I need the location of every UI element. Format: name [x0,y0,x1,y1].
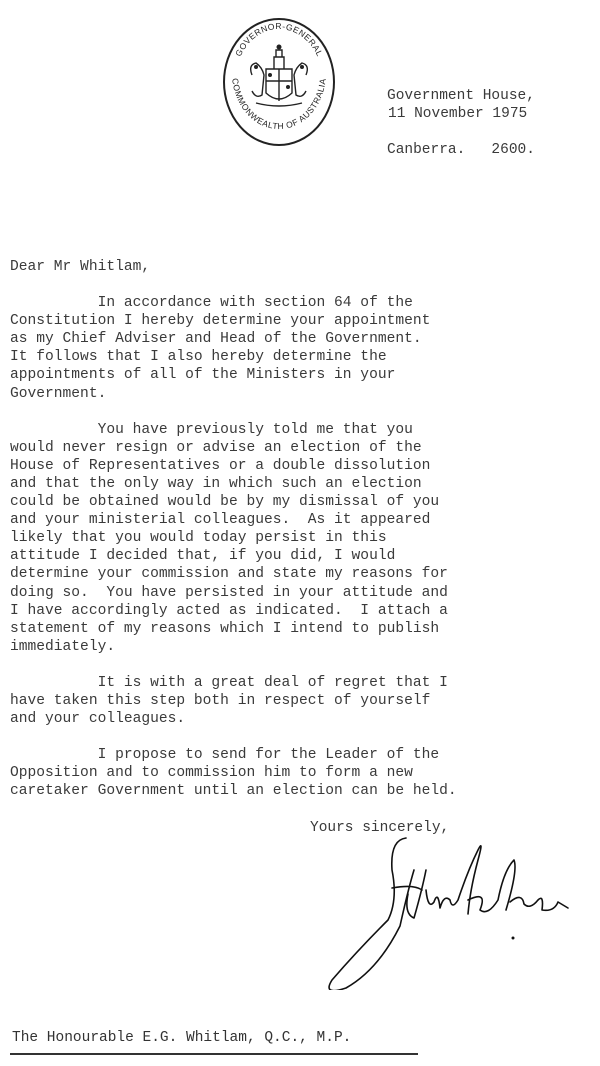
coat-of-arms-seal-icon: GOVERNOR-GENERAL COMMONWEALTH OF AUSTRAL… [222,17,336,147]
sender-address: Government House, Canberra. 2600. [387,51,535,195]
handwritten-signature-icon [318,830,600,990]
svg-text:GOVERNOR-GENERAL: GOVERNOR-GENERAL [233,21,325,58]
paragraph-2: You have previously told me that you wou… [10,421,600,656]
addressee: The Honourable E.G. Whitlam, Q.C., M.P. [12,1030,351,1046]
salutation: Dear Mr Whitlam, [10,258,600,276]
address-line-1: Government House, [387,87,535,105]
paragraph-4: I propose to send for the Leader of the … [10,746,600,800]
letter-date: 11 November 1975 [388,106,527,122]
addressee-underline [10,1053,418,1055]
letter-body: Dear Mr Whitlam, In accordance with sect… [10,258,600,818]
paragraph-1: In accordance with section 64 of the Con… [10,294,600,403]
paragraph-3: It is with a great deal of regret that I… [10,674,600,728]
address-line-2: Canberra. 2600. [387,141,535,159]
